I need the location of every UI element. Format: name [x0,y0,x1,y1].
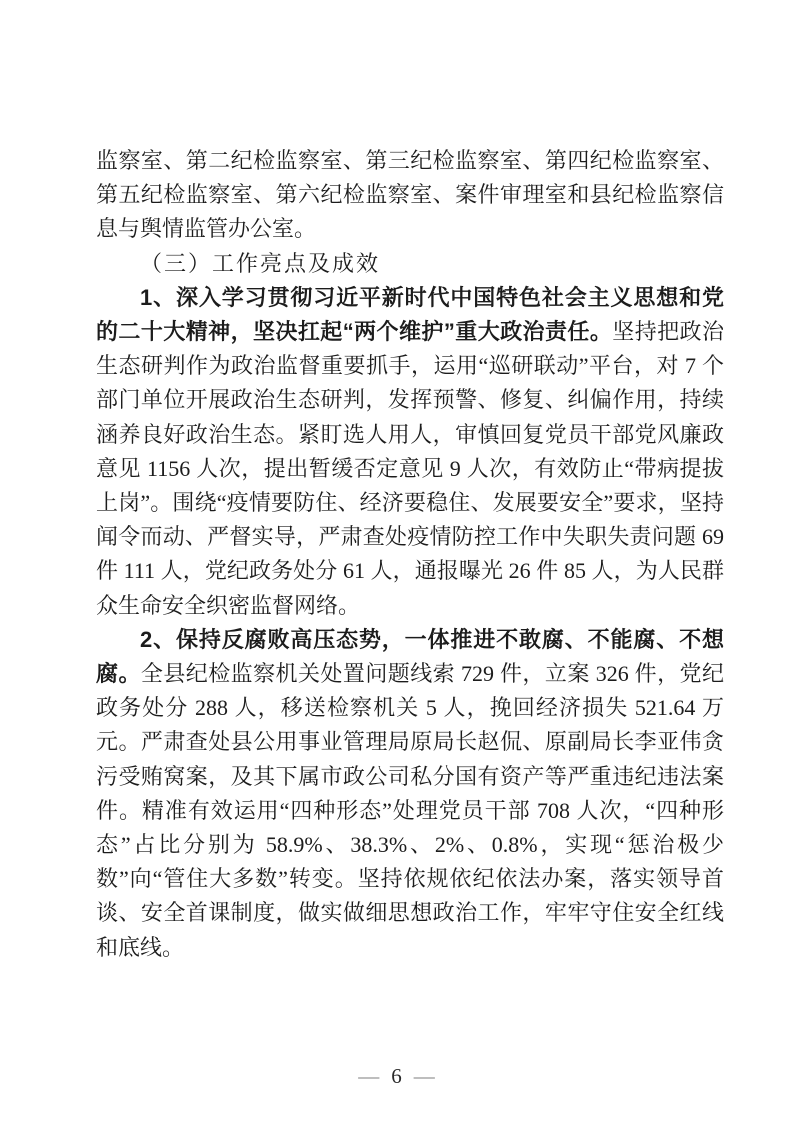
footer-dash-left: — [358,1064,379,1088]
footer-dash-right: — [414,1064,435,1088]
paragraph-item-2-body: 全县纪检监察机关处置问题线索 729 件，立案 326 件，党纪政务处分 288… [96,661,724,960]
paragraph-continuation: 监察室、第二纪检监察室、第三纪检监察室、第四纪检监察室、第五纪检监察室、第六纪检… [96,144,724,247]
paragraph-item-1: 1、深入学习贯彻习近平新时代中国特色社会主义思想和党的二十大精神，坚决扛起“两个… [96,281,724,623]
document-body: 监察室、第二纪检监察室、第三纪检监察室、第四纪检监察室、第五纪检监察室、第六纪检… [96,144,724,965]
document-page: 监察室、第二纪检监察室、第三纪检监察室、第四纪检监察室、第五纪检监察室、第六纪检… [0,0,793,1122]
section-heading: （三）工作亮点及成效 [96,247,724,281]
paragraph-item-1-body: 坚持把政治生态研判作为政治监督重要抓手，运用“巡研联动”平台，对 7 个部门单位… [96,319,724,618]
page-footer: —6— [0,1064,793,1089]
page-number: 6 [391,1064,402,1088]
paragraph-item-2: 2、保持反腐败高压态势，一体推进不敢腐、不能腐、不想腐。全县纪检监察机关处置问题… [96,623,724,965]
